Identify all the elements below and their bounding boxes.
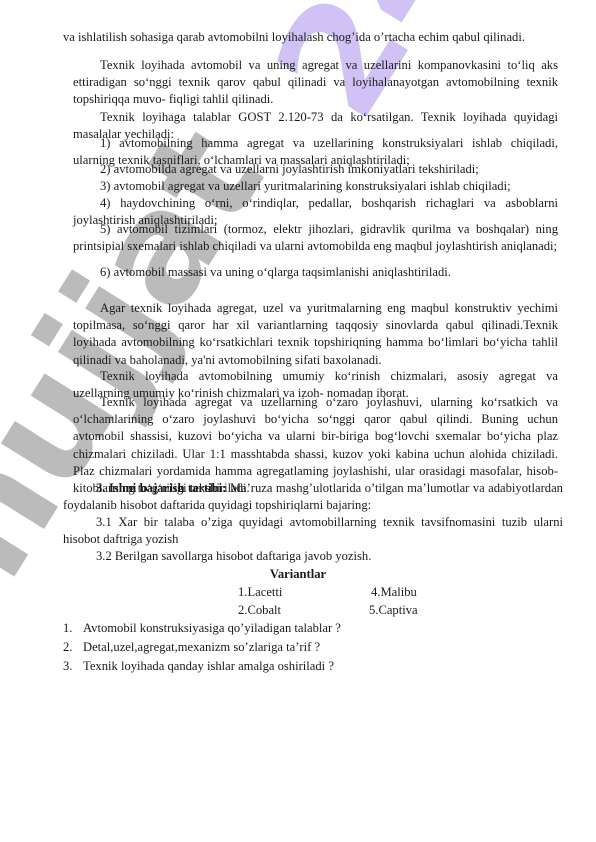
document-page: hujjat 24 va ishlatilish sohasiga qarab … — [0, 0, 596, 842]
questions-list: 1.Avtomobil konstruksiyasiga qo’yiladiga… — [63, 619, 563, 676]
list-item-3: 3) avtomobil agregat va uzellari yuritma… — [73, 178, 558, 195]
question-number: 1. — [63, 619, 72, 638]
list-item-6: 6) avtomobil massasi va uning o‘qlarga t… — [73, 264, 558, 281]
question-text: Texnik loyihada qanday ishlar amalga osh… — [83, 659, 334, 673]
question-text: Avtomobil konstruksiyasiga qo’yiladigan … — [83, 621, 341, 635]
variants-title: Variantlar — [0, 566, 596, 583]
question-item: 2.Detal,uzel,agregat,mexanizm so’zlariga… — [63, 638, 563, 657]
variant-captiva: 5.Captiva — [369, 602, 418, 619]
task-3-2: 3.2 Berilgan savollarga hisobot daftarig… — [63, 548, 563, 565]
list-item-5: 5) avtomobil tizimlari (tormoz, elektr j… — [73, 221, 558, 255]
paragraph-intro: va ishlatilish sohasiga qarab avtomobiln… — [63, 29, 563, 46]
paragraph-variants-comparison: Agar texnik loyihada agregat, uzel va yu… — [73, 300, 558, 369]
variant-malibu: 4.Malibu — [371, 584, 417, 601]
variant-cobalt: 2.Cobalt — [238, 602, 281, 619]
section-3-heading: 3. Ishni bajarish tartibi: — [96, 481, 226, 495]
list-item-2: 2) avtomobilda agregat va uzellarni joyl… — [73, 161, 558, 178]
question-item: 3.Texnik loyihada qanday ishlar amalga o… — [63, 657, 563, 676]
paragraph-technical-project: Texnik loyihada avtomobil va uning agreg… — [73, 57, 558, 109]
question-item: 1.Avtomobil konstruksiyasiga qo’yiladiga… — [63, 619, 563, 638]
question-number: 3. — [63, 657, 72, 676]
section-3-procedure: 3. Ishni bajarish tartibi: Ma’ruza mashg… — [63, 480, 563, 514]
variant-lacetti: 1.Lacetti — [238, 584, 282, 601]
question-number: 2. — [63, 638, 72, 657]
task-3-1: 3.1 Xar bir talaba o’ziga quyidagi avtom… — [63, 514, 563, 548]
question-text: Detal,uzel,agregat,mexanizm so’zlariga t… — [83, 640, 320, 654]
